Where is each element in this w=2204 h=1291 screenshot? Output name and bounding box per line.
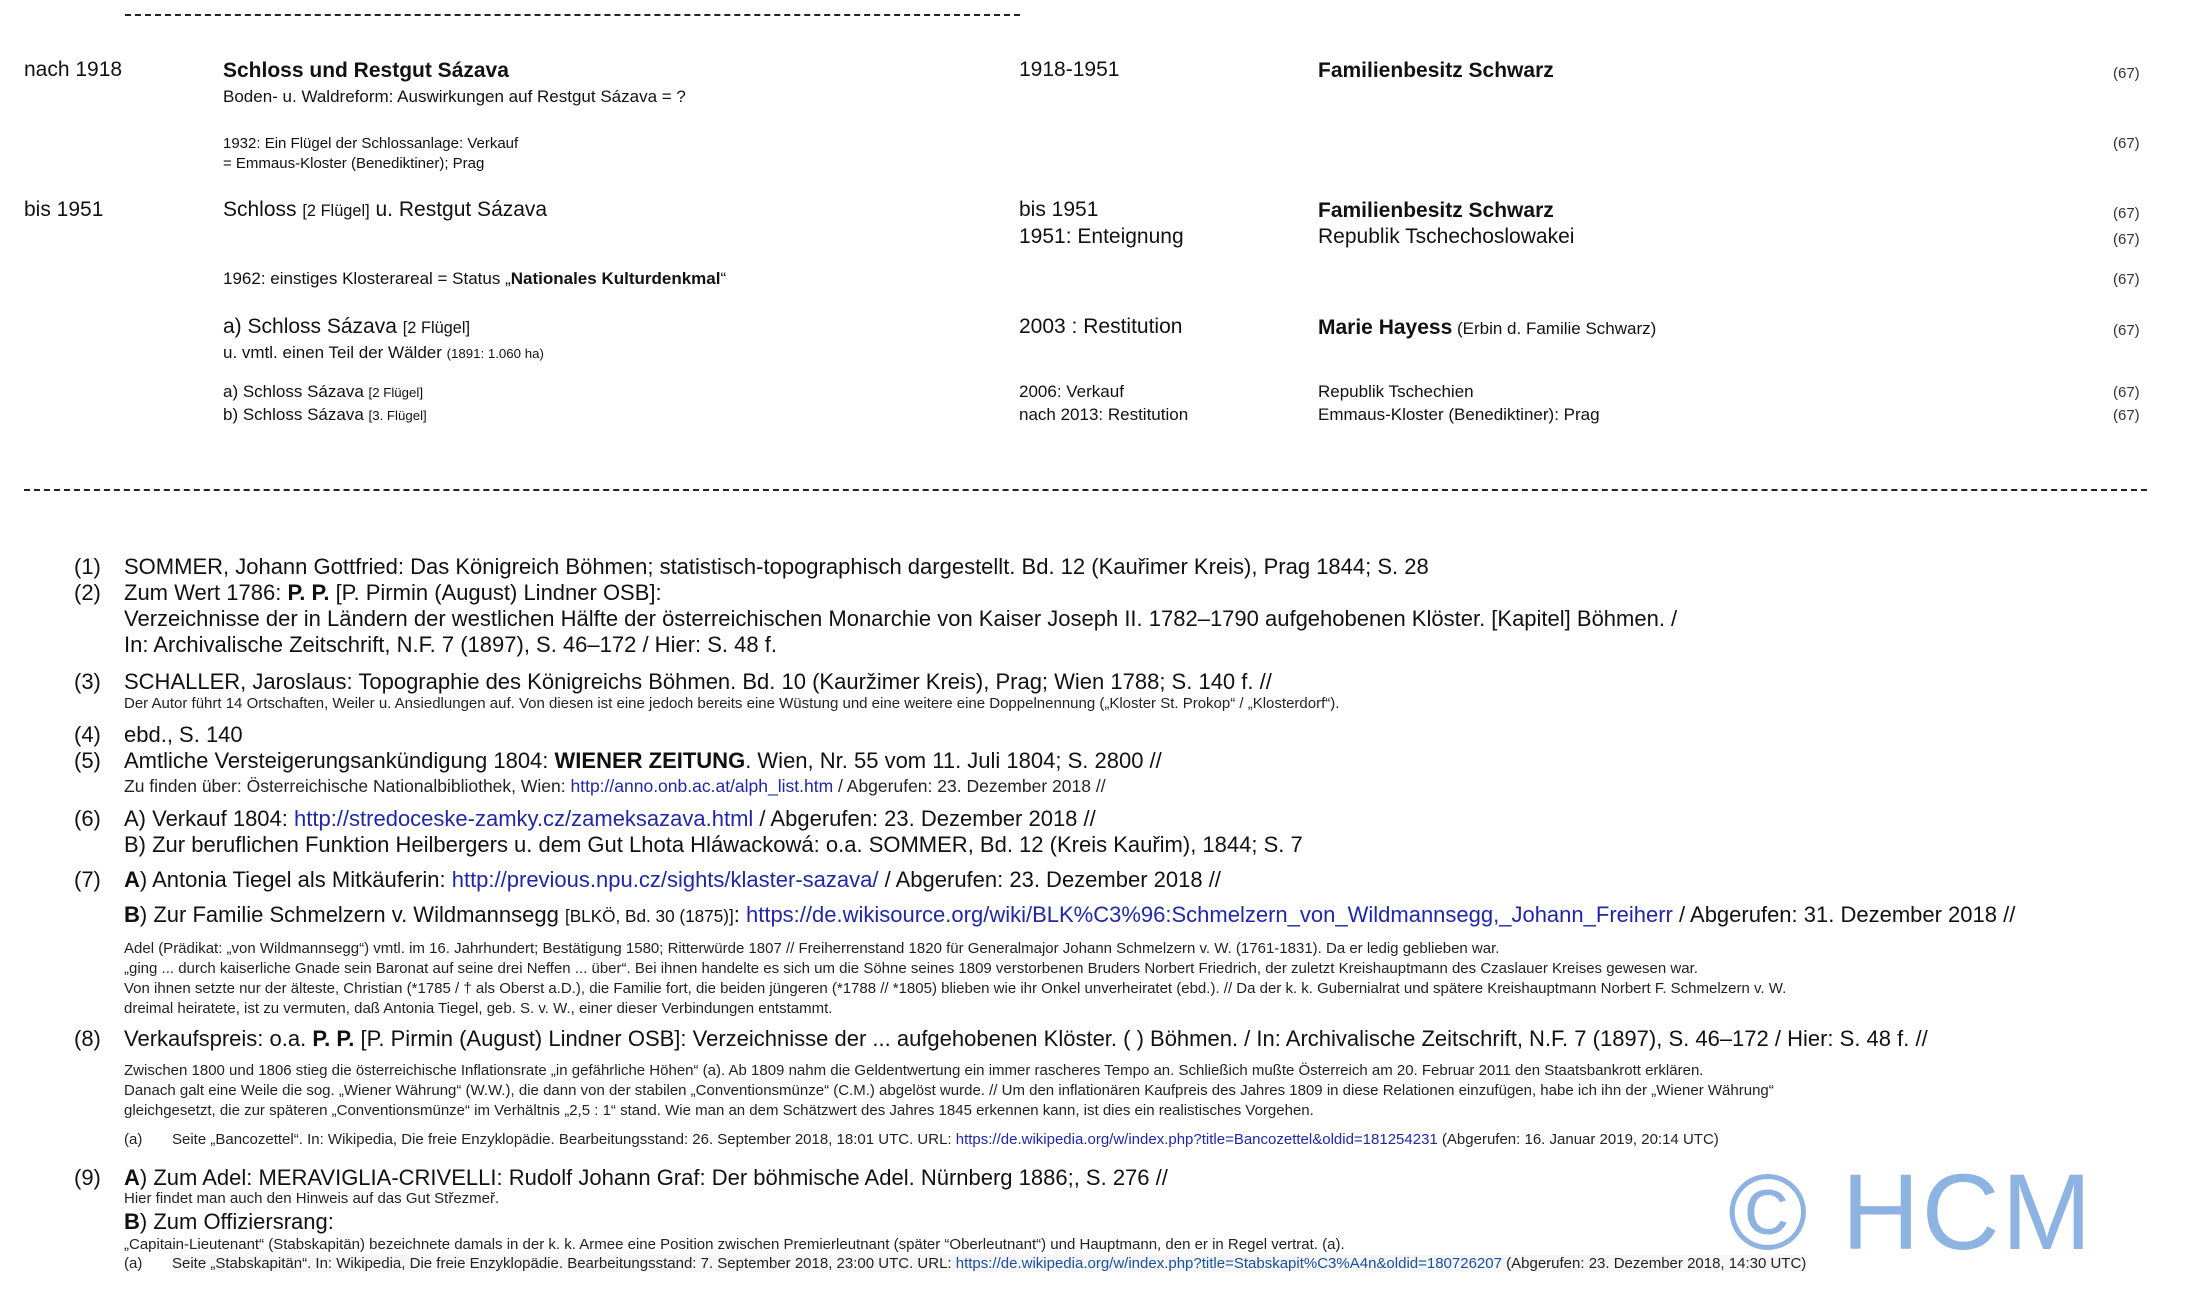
footnote-5-note-prefix: Zu finden über: Österreichische National… — [124, 776, 570, 796]
row6-object-b: b) Schloss Sázava [3. Flügel] — [223, 405, 427, 425]
footnote-8-text: Verkaufspreis: o.a. P. P. [P. Pirmin (Au… — [124, 1026, 1928, 1052]
row6-owner-a: Republik Tschechien — [1318, 382, 1474, 402]
row3-object-pre: Schloss — [223, 198, 302, 221]
footnote-6-a: A) Verkauf 1804: http://stredoceske-zamk… — [124, 806, 1096, 832]
footnote-1-text: SOMMER, Johann Gottfried: Das Königreich… — [124, 554, 1429, 580]
row3-object: Schloss [2 Flügel] u. Restgut Sázava — [223, 198, 547, 222]
footnote-6-number: (6) — [74, 806, 101, 832]
footnote-2-line3: In: Archivalische Zeitschrift, N.F. 7 (1… — [124, 632, 777, 658]
footnote-6-b: B) Zur beruflichen Funktion Heilbergers … — [124, 832, 1303, 858]
footnote-5-link[interactable]: http://anno.onb.ac.at/alph_list.htm — [570, 776, 833, 796]
row3-ref1: (67) — [2113, 205, 2140, 222]
row1-ref: (67) — [2113, 65, 2140, 82]
footnote-4-number: (4) — [74, 722, 101, 748]
footnote-2-author-abbrev: P. P. — [287, 580, 329, 605]
footnote-6-a-link[interactable]: http://stredoceske-zamky.cz/zameksazava.… — [294, 806, 753, 831]
footnote-7-a-prefix: ) Antonia Tiegel als Mitkäuferin: — [140, 867, 452, 892]
row1-object-title: Schloss und Restgut Sázava — [223, 59, 509, 83]
footnote-9-sub: Seite „Stabskapitän“. In: Wikipedia, Die… — [172, 1255, 1806, 1272]
footnote-2-number: (2) — [74, 580, 101, 606]
footnote-5-note: Zu finden über: Österreichische National… — [124, 776, 1106, 797]
row2-ref: (67) — [2113, 135, 2140, 152]
section-separator — [24, 489, 2147, 491]
footnote-9-a-text: ) Zum Adel: MERAVIGLIA-CRIVELLI: Rudolf … — [140, 1165, 1168, 1190]
footnote-7-a: A) Antonia Tiegel als Mitkäuferin: http:… — [124, 867, 1221, 893]
footnote-7-b-colon: : — [734, 902, 746, 927]
row6-object-a-wings: [2 Flügel] — [369, 385, 424, 400]
footnote-6-a-suffix: / Abgerufen: 23. Dezember 2018 // — [753, 806, 1095, 831]
footnote-9-a-letter: A — [124, 1165, 140, 1190]
footnote-1-number: (1) — [74, 554, 101, 580]
row1-owner: Familienbesitz Schwarz — [1318, 59, 1554, 83]
row3-date1: bis 1951 — [1019, 198, 1098, 222]
row4-text-pre: 1962: einstiges Klosterareal = Status „ — [223, 269, 511, 288]
footnote-3-number: (3) — [74, 669, 101, 695]
row5-object: a) Schloss Sázava [2 Flügel] — [223, 315, 470, 339]
row4-text-post: “ — [720, 269, 726, 288]
footnote-7-number: (7) — [74, 867, 101, 893]
footnote-9-b-note: „Capitain-Lieutenant“ (Stabskapitän) bez… — [124, 1236, 1345, 1253]
footnote-9-sub-prefix: Seite „Stabskapitän“. In: Wikipedia, Die… — [172, 1255, 956, 1272]
footnote-2-prefix: Zum Wert 1786: — [124, 580, 287, 605]
row6-owner-b: Emmaus-Kloster (Benediktiner): Prag — [1318, 405, 1600, 425]
footnote-5-prefix: Amtliche Versteigerungsankündigung 1804: — [124, 748, 555, 773]
copyright-watermark: © HCM — [1728, 1158, 2094, 1266]
row5-object-sub-pre: u. vmtl. einen Teil der Wälder — [223, 343, 447, 362]
row5-date: 2003 : Restitution — [1019, 315, 1182, 339]
row6-date-a: 2006: Verkauf — [1019, 382, 1124, 402]
footnote-9-b-letter: B — [124, 1209, 140, 1234]
footnote-9-a-note: Hier findet man auch den Hinweis auf das… — [124, 1190, 499, 1207]
footnote-7-a-letter: A — [124, 867, 140, 892]
footnote-7-b-source: [BLKÖ, Bd. 30 (1875)] — [565, 906, 734, 926]
row3-period: bis 1951 — [24, 198, 103, 222]
footnote-7-a-suffix: / Abgerufen: 23. Dezember 2018 // — [878, 867, 1220, 892]
footnote-7-b-letter: B — [124, 902, 140, 927]
footnote-8-author-abbrev: P. P. — [312, 1026, 354, 1051]
row6-object-a: a) Schloss Sázava [2 Flügel] — [223, 382, 423, 402]
footnote-2-line2: Verzeichnisse der in Ländern der westlic… — [124, 606, 1677, 632]
row3-object-wings: [2 Flügel] — [302, 202, 369, 220]
row4-text-bold: Nationales Kulturdenkmal — [511, 269, 721, 288]
row5-object-pre: a) Schloss Sázava — [223, 315, 403, 338]
footnote-5-text: Amtliche Versteigerungsankündigung 1804:… — [124, 748, 1162, 774]
row4-text: 1962: einstiges Klosterareal = Status „N… — [223, 269, 726, 289]
footnote-8-note-line2: Danach galt eine Weile die sog. „Wiener … — [124, 1082, 1774, 1099]
row3-date2: 1951: Enteignung — [1019, 225, 1184, 249]
row3-object-post: u. Restgut Sázava — [370, 198, 547, 221]
footnote-8-sub-suffix: (Abgerufen: 16. Januar 2019, 20:14 UTC) — [1438, 1131, 1719, 1148]
footnote-2-line1: Zum Wert 1786: P. P. [P. Pirmin (August)… — [124, 580, 662, 606]
row6-object-b-pre: b) Schloss Sázava — [223, 405, 369, 424]
row6-date-b: nach 2013: Restitution — [1019, 405, 1188, 425]
footnote-7-b-suffix: / Abgerufen: 31. Dezember 2018 // — [1673, 902, 2015, 927]
row1-object-sub: Boden- u. Waldreform: Auswirkungen auf R… — [223, 87, 686, 107]
row2-note-line1: 1932: Ein Flügel der Schlossanlage: Verk… — [223, 135, 518, 152]
footnote-7-b: B) Zur Familie Schmelzern v. Wildmannseg… — [124, 902, 2015, 928]
footnote-7-b-link[interactable]: https://de.wikisource.org/wiki/BLK%C3%96… — [746, 902, 1673, 927]
row6-object-b-wings: [3. Flügel] — [369, 408, 427, 423]
row3-owner1: Familienbesitz Schwarz — [1318, 199, 1554, 223]
row5-object-sub: u. vmtl. einen Teil der Wälder (1891: 1.… — [223, 343, 544, 363]
row6-object-a-pre: a) Schloss Sázava — [223, 382, 369, 401]
row5-ref: (67) — [2113, 322, 2140, 339]
footnote-6-a-prefix: A) Verkauf 1804: — [124, 806, 294, 831]
footnote-9-sub-link[interactable]: https://de.wikipedia.org/w/index.php?tit… — [956, 1255, 1502, 1272]
footnote-9-sub-label: (a) — [124, 1255, 142, 1272]
footnote-9-number: (9) — [74, 1165, 101, 1191]
footnote-8-note-line3: gleichgesetzt, die zur späteren „Convent… — [124, 1102, 1314, 1119]
footnote-7-b-prefix: ) Zur Familie Schmelzern v. Wildmannsegg — [140, 902, 565, 927]
row5-owner-note: (Erbin d. Familie Schwarz) — [1452, 319, 1656, 338]
footnote-7-note-line3: Von ihnen setzte nur der älteste, Christ… — [124, 980, 1786, 997]
row5-object-wings: [2 Flügel] — [403, 319, 470, 337]
footnote-8-sub-label: (a) — [124, 1131, 142, 1148]
footnote-8-suffix: [P. Pirmin (August) Lindner OSB]: Verzei… — [354, 1026, 1927, 1051]
footnote-8-prefix: Verkaufspreis: o.a. — [124, 1026, 312, 1051]
footnote-9-b-text: ) Zum Offiziersrang: — [140, 1209, 334, 1234]
footnote-8-sub-prefix: Seite „Bancozettel“. In: Wikipedia, Die … — [172, 1131, 956, 1148]
footnote-4-text: ebd., S. 140 — [124, 722, 243, 748]
row1-period: nach 1918 — [24, 58, 122, 82]
footnote-9-b: B) Zum Offiziersrang: — [124, 1209, 334, 1235]
row3-ref2: (67) — [2113, 231, 2140, 248]
footnote-5-number: (5) — [74, 748, 101, 774]
footnote-5-suffix: . Wien, Nr. 55 vom 11. Juli 1804; S. 280… — [745, 748, 1162, 773]
footnote-5-newspaper: WIENER ZEITUNG — [555, 748, 746, 773]
row6-ref-b: (67) — [2113, 407, 2140, 424]
top-separator — [125, 14, 1020, 16]
row2-note-line2: = Emmaus-Kloster (Benediktiner); Prag — [223, 155, 484, 172]
footnote-5-note-suffix: / Abgerufen: 23. Dezember 2018 // — [833, 776, 1105, 796]
row6-ref-a: (67) — [2113, 384, 2140, 401]
row5-owner-name: Marie Hayess — [1318, 316, 1452, 339]
row5-owner: Marie Hayess (Erbin d. Familie Schwarz) — [1318, 316, 1656, 340]
footnote-3-text: SCHALLER, Jaroslaus: Topographie des Kön… — [124, 669, 1272, 695]
row5-object-sub-area: (1891: 1.060 ha) — [447, 346, 544, 361]
footnote-9-a: A) Zum Adel: MERAVIGLIA-CRIVELLI: Rudolf… — [124, 1165, 1168, 1191]
footnote-8-sub: Seite „Bancozettel“. In: Wikipedia, Die … — [172, 1131, 1719, 1148]
footnote-3-note: Der Autor führt 14 Ortschaften, Weiler u… — [124, 695, 1339, 712]
footnote-7-note-line2: „ging ... durch kaiserliche Gnade sein B… — [124, 960, 1698, 977]
footnote-7-note-line4: dreimal heiratete, ist zu vermuten, daß … — [124, 1000, 832, 1017]
row3-owner2: Republik Tschechoslowakei — [1318, 225, 1574, 249]
footnote-7-a-link[interactable]: http://previous.npu.cz/sights/klaster-sa… — [452, 867, 879, 892]
row1-date: 1918-1951 — [1019, 58, 1119, 82]
footnote-8-sub-link[interactable]: https://de.wikipedia.org/w/index.php?tit… — [956, 1131, 1438, 1148]
row4-ref: (67) — [2113, 271, 2140, 288]
footnote-7-note-line1: Adel (Prädikat: „von Wildmannsegg“) vmtl… — [124, 940, 1499, 957]
footnote-8-number: (8) — [74, 1026, 101, 1052]
footnote-2-author: [P. Pirmin (August) Lindner OSB]: — [329, 580, 661, 605]
footnote-8-note-line1: Zwischen 1800 und 1806 stieg die österre… — [124, 1062, 1703, 1079]
